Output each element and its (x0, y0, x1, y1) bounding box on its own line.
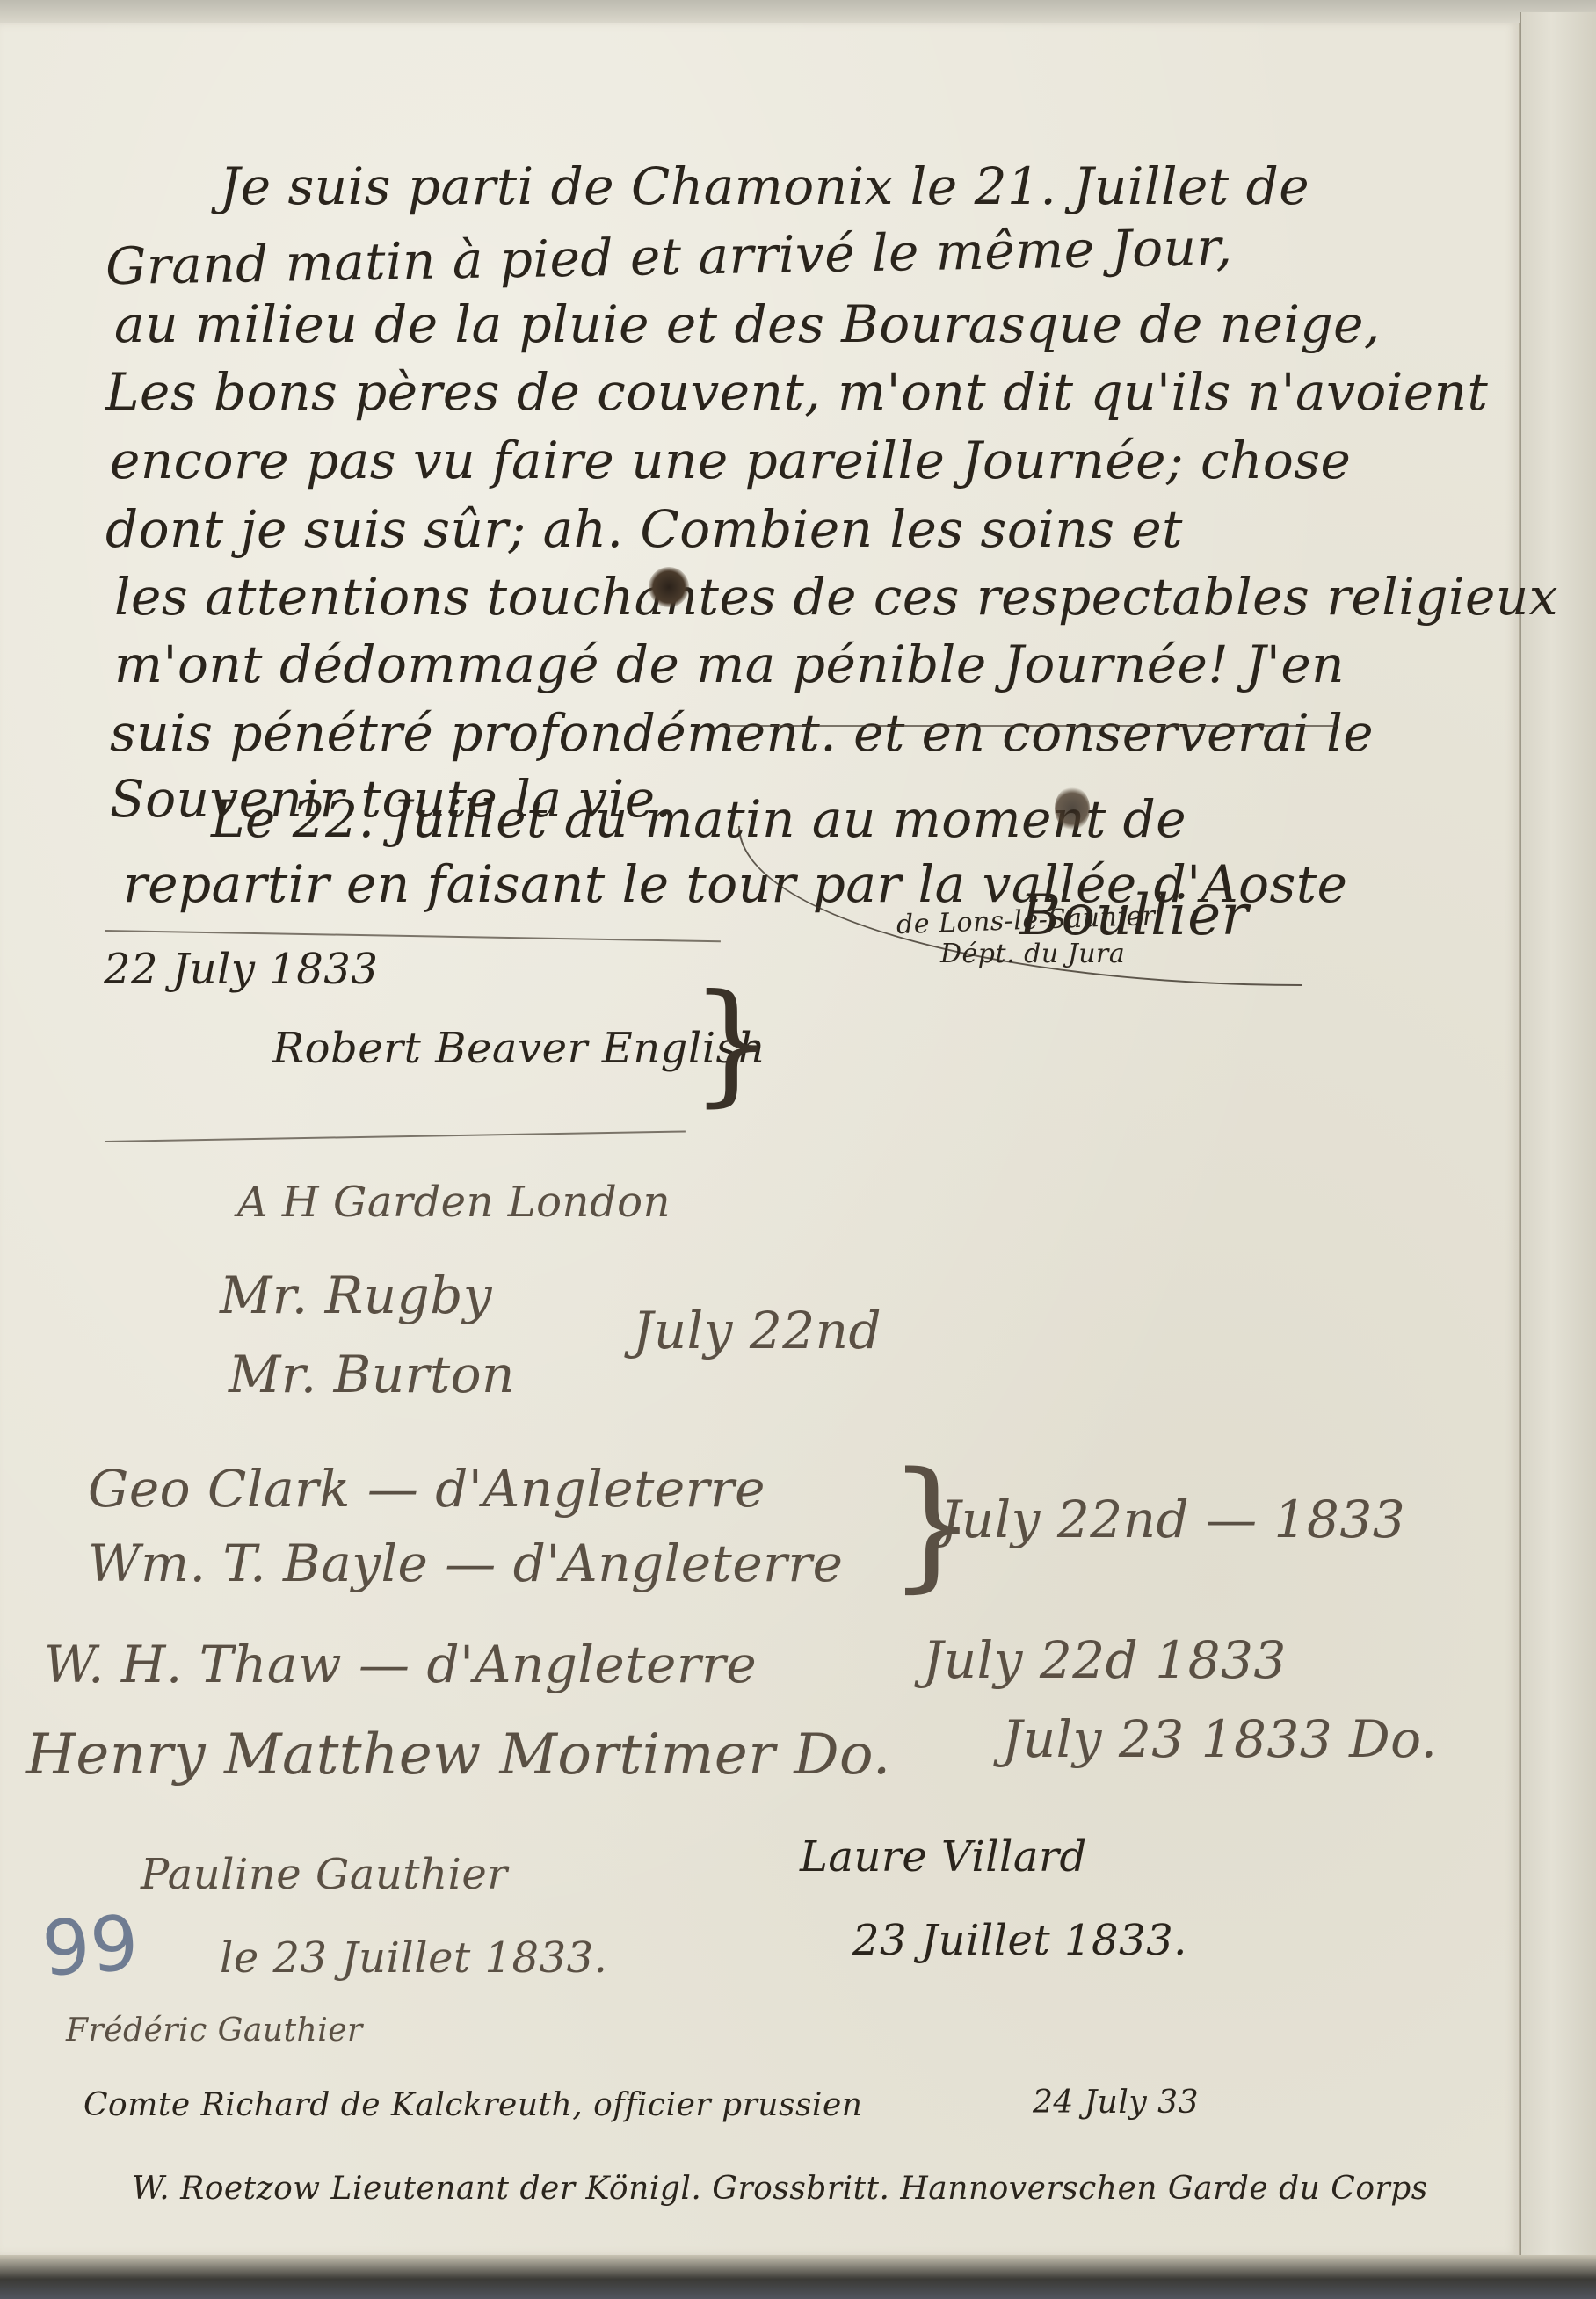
ink-blot (649, 567, 689, 607)
french-line-7: les attentions touchantes de ces respect… (114, 567, 1558, 627)
book-gutter (1520, 12, 1596, 2262)
entry-name: Pauline Gauthier (141, 1850, 508, 1899)
entry-date: 22 July 1833 (104, 945, 378, 994)
french-line-9: suis pénétré profondément. et en conserv… (110, 703, 1374, 763)
french-line-4: Les bons pères de couvent, m'ont dit qu'… (105, 362, 1488, 422)
page-number: 99 (40, 1899, 141, 1993)
entry-name: Henry Matthew Mortimer Do. (26, 1722, 891, 1788)
entry-name: A H Garden London (237, 1178, 671, 1227)
signature-place-2: Dépt. du Jura (940, 939, 1125, 969)
brace: } (690, 967, 773, 1120)
entry-date: 24 July 33 (1033, 2085, 1199, 2121)
entry-date: July 22nd — 1833 (940, 1490, 1405, 1549)
french-line-3: au milieu de la pluie et des Bourasque d… (114, 294, 1381, 354)
entry-name: Geo Clark — d'Angleterre (88, 1459, 765, 1519)
entry-name: Laure Villard (800, 1832, 1087, 1882)
entry-name: Mr. Burton (229, 1345, 515, 1404)
french-line-1: Je suis parti de Chamonix le 21. Juillet… (220, 156, 1309, 216)
french-line-5: encore pas vu faire une pareille Journée… (110, 431, 1351, 490)
page-bottom-edge (0, 2255, 1596, 2299)
entry-date: July 22d 1833 (923, 1630, 1287, 1690)
entry-name: Comte Richard de Kalckreuth, officier pr… (83, 2087, 862, 2123)
ink-blot (1055, 787, 1090, 830)
entry-date: le 23 Juillet 1833. (220, 1933, 607, 1983)
entry-name: Wm. T. Bayle — d'Angleterre (88, 1534, 843, 1593)
entry-name: W. H. Thaw — d'Angleterre (44, 1635, 757, 1694)
entry-name: Mr. Rugby (220, 1266, 492, 1325)
entry-date: July 23 1833 Do. (1002, 1709, 1437, 1769)
entry-date: 23 Juillet 1833. (852, 1916, 1187, 1965)
french-line-8: m'ont dédommagé de ma pénible Journée! J… (114, 635, 1345, 694)
entry-name: W. Roetzow Lieutenant der Königl. Grossb… (132, 2171, 1428, 2207)
entry-date: July 22nd (633, 1301, 881, 1360)
entry-name: Frédéric Gauthier (66, 2013, 363, 2049)
manuscript-page: Je suis parti de Chamonix le 21. Juillet… (0, 0, 1596, 2299)
french-line-6: dont je suis sûr; ah. Combien les soins … (105, 499, 1183, 559)
wavy-line-separator (721, 725, 1336, 727)
